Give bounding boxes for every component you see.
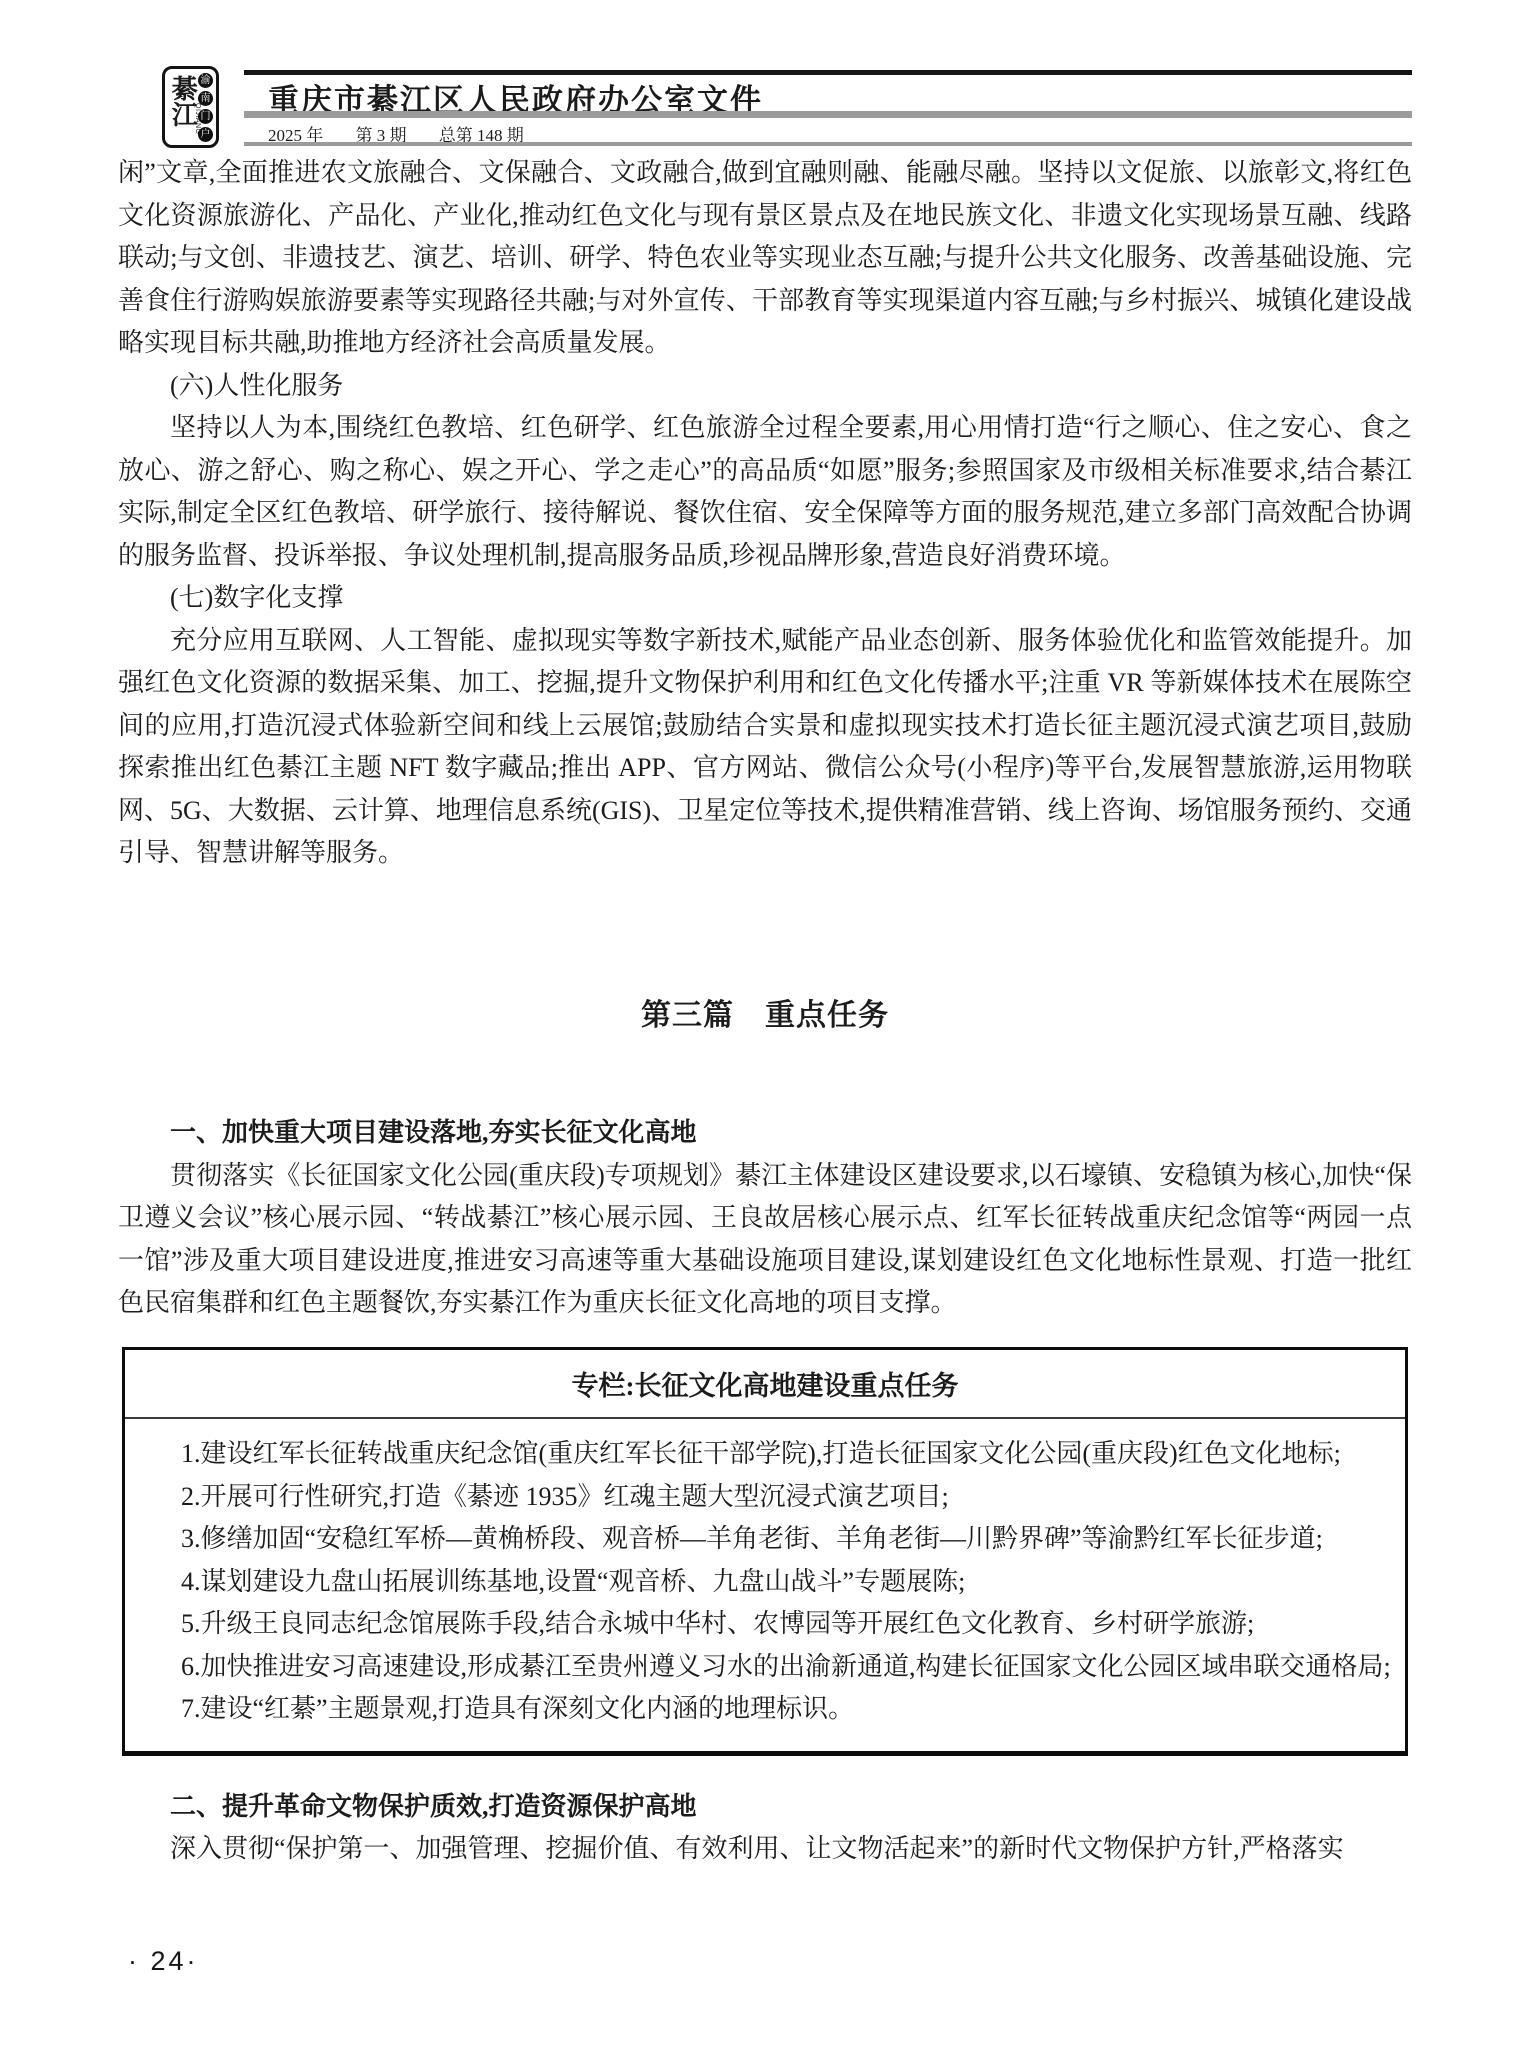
column-box-items: 1.建设红军长征转战重庆纪念馆(重庆红军长征干部学院),打造长征国家文化公园(重… <box>125 1419 1405 1751</box>
qijiang-logo: 綦江 QIJIANG 渝 南 门 户 <box>162 66 219 148</box>
column-item-5: 5.升级王良同志纪念馆展陈手段,结合永城中华村、农博园等开展红色文化教育、乡村研… <box>129 1603 1397 1646</box>
paragraph-task-1: 贯彻落实《长征国家文化公园(重庆段)专项规划》綦江主体建设区建设要求,以石壕镇、… <box>118 1155 1412 1325</box>
paragraph-section-7: 充分应用互联网、人工智能、虚拟现实等数字新技术,赋能产品业态创新、服务体验优化和… <box>118 620 1412 875</box>
heading-section-6: (六)人性化服务 <box>118 365 1412 408</box>
seal-icon: 门 <box>198 109 213 124</box>
seal-icon: 南 <box>198 91 213 106</box>
column-item-7: 7.建设“红綦”主题景观,打造具有深刻文化内涵的地理标识。 <box>129 1688 1397 1731</box>
seal-icon: 渝 <box>198 73 213 88</box>
paragraph-task-2: 深入贯彻“保护第一、加强管理、挖掘价值、有效利用、让文物活起来”的新时代文物保护… <box>118 1828 1412 1871</box>
document-body: 闲”文章,全面推进农文旅融合、文保融合、文政融合,做到宜融则融、能融尽融。坚持以… <box>118 152 1412 1871</box>
column-box-title: 专栏:长征文化高地建设重点任务 <box>125 1350 1405 1420</box>
part-three-heading: 第三篇 重点任务 <box>118 995 1412 1038</box>
heading-section-7: (七)数字化支撑 <box>118 577 1412 620</box>
seal-icon: 户 <box>198 127 213 142</box>
column-item-3: 3.修缮加固“安稳红军桥—黄桷桥段、观音桥—羊角老街、羊角老街—川黔界碑”等渝黔… <box>129 1518 1397 1561</box>
document-header: 綦江 QIJIANG 渝 南 门 户 重庆市綦江区人民政府办公室文件 2025 … <box>118 64 1412 150</box>
logo-calligraphy: 綦江 <box>169 75 196 127</box>
paragraph-section-6: 坚持以人为本,围绕红色教培、红色研学、红色旅游全过程全要素,用心用情打造“行之顺… <box>118 407 1412 577</box>
paragraph-continuation: 闲”文章,全面推进农文旅融合、文保融合、文政融合,做到宜融则融、能融尽融。坚持以… <box>118 152 1412 365</box>
column-item-4: 4.谋划建设九盘山拓展训练基地,设置“观音桥、九盘山战斗”专题展陈; <box>129 1561 1397 1604</box>
logo-seal-icons: 渝 南 门 户 <box>198 73 213 142</box>
column-item-2: 2.开展可行性研究,打造《綦迹 1935》红魂主题大型沉浸式演艺项目; <box>129 1476 1397 1519</box>
special-column-box: 专栏:长征文化高地建设重点任务 1.建设红军长征转战重庆纪念馆(重庆红军长征干部… <box>122 1347 1408 1756</box>
heading-task-1: 一、加快重大项目建设落地,夯实长征文化高地 <box>118 1112 1412 1155</box>
column-item-6: 6.加快推进安习高速建设,形成綦江至贵州遵义习水的出渝新通道,构建长征国家文化公… <box>129 1646 1397 1689</box>
heading-task-2: 二、提升革命文物保护质效,打造资源保护高地 <box>118 1786 1412 1829</box>
page-number: · 24· <box>128 1946 199 1977</box>
header-rule-bottom <box>244 142 1412 146</box>
document-page: 綦江 QIJIANG 渝 南 门 户 重庆市綦江区人民政府办公室文件 2025 … <box>0 0 1530 2062</box>
header-rule-middle <box>244 111 1412 118</box>
column-item-1: 1.建设红军长征转战重庆纪念馆(重庆红军长征干部学院),打造长征国家文化公园(重… <box>129 1433 1397 1476</box>
